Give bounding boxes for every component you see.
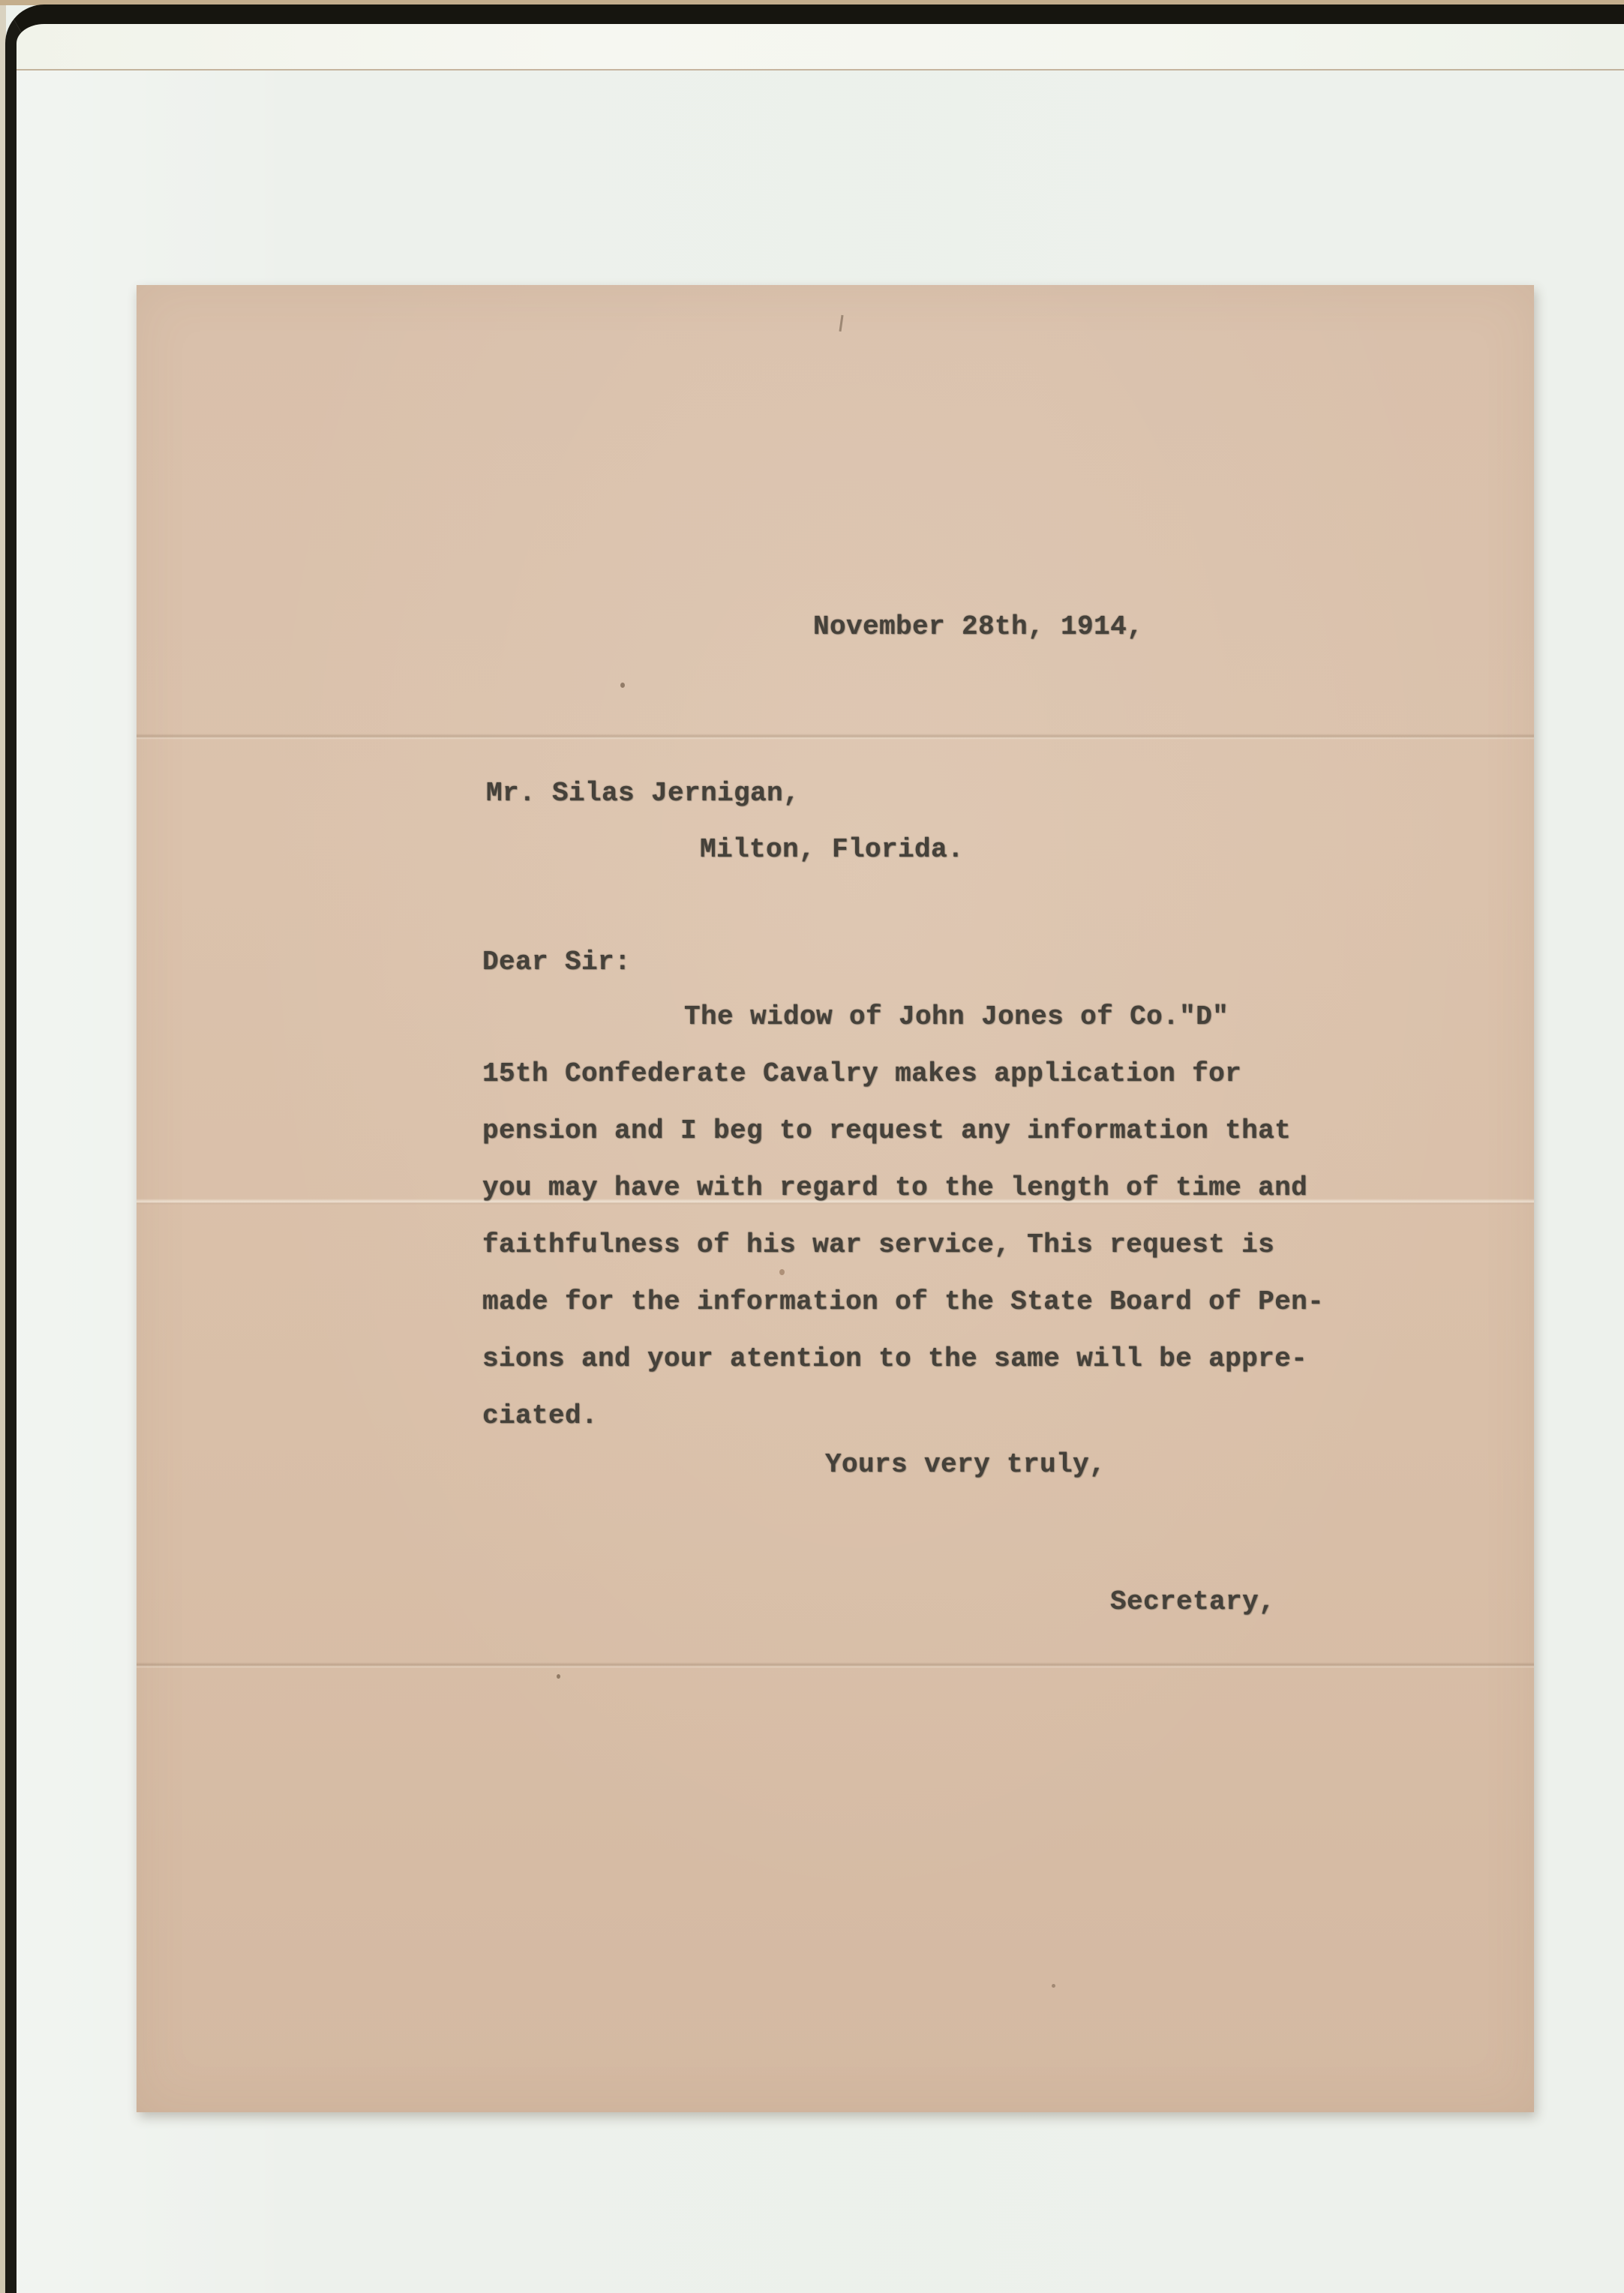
body-line: The widow of John Jones of Co."D" [684,1001,1229,1032]
recipient-name: Mr. Silas Jernigan, [486,778,800,809]
signature: Secretary, [1110,1586,1275,1617]
letter-date: November 28th, 1914, [813,611,1143,642]
scan-edge-strip [0,0,6,2293]
paper-speck [1052,1984,1055,1988]
body-line: 15th Confederate Cavalry makes applicati… [482,1058,1241,1089]
fold-crease-upper [137,734,1534,740]
letter-paper: November 28th, 1914, Mr. Silas Jernigan,… [137,285,1534,2112]
body-line: pension and I beg to request any informa… [482,1115,1291,1146]
body-line: sions and your atention to the same will… [482,1343,1307,1374]
paper-speck [557,1674,560,1679]
scanned-letter-photo: November 28th, 1914, Mr. Silas Jernigan,… [0,0,1624,2293]
fold-crease-lower [137,1662,1534,1668]
body-line: ciated. [482,1400,598,1431]
body-line: faithfulness of his war service, This re… [482,1229,1274,1260]
paper-speck [779,1269,785,1275]
recipient-city: Milton, Florida. [700,834,964,865]
backing-board-strip [17,24,1624,71]
salutation: Dear Sir: [482,947,631,977]
paper-blemish [839,315,843,332]
body-line: made for the information of the State Bo… [482,1286,1324,1317]
body-line: you may have with regard to the length o… [482,1172,1307,1203]
closing: Yours very truly, [825,1449,1106,1480]
paper-speck [620,683,625,688]
scan-top-edge [0,0,1624,5]
